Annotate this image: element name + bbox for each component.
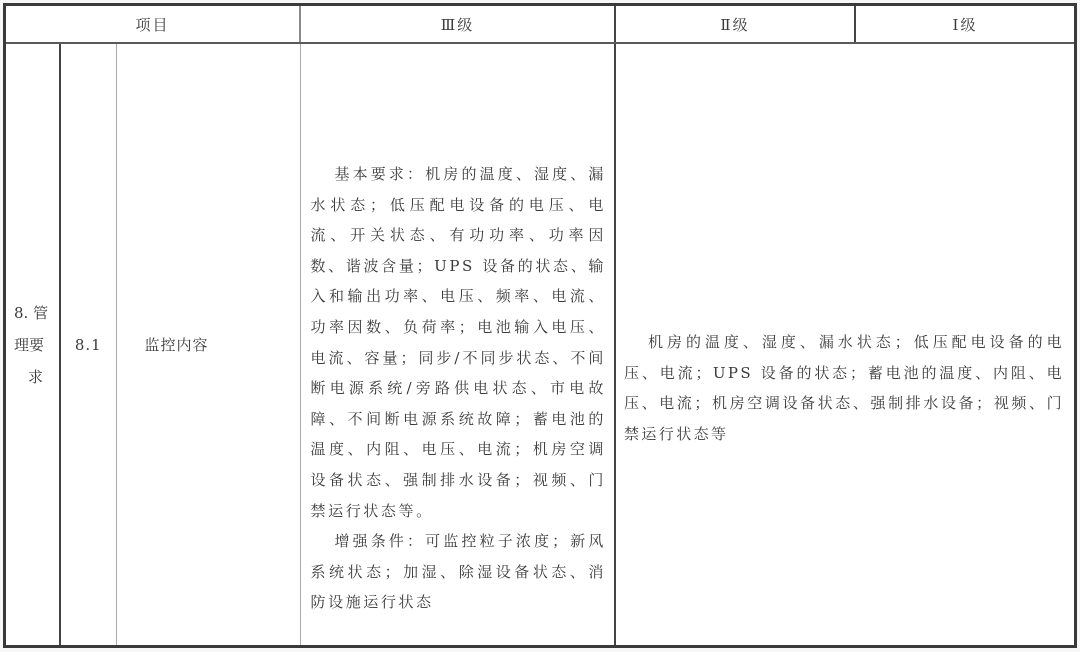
level3-basic-requirements: 基本要求：机房的温度、湿度、漏水状态；低压配电设备的电压、电流、开关状态、有功功…	[311, 159, 607, 526]
header-item: 项目	[6, 6, 300, 43]
category-cell: 8. 管 理要 求	[6, 43, 60, 645]
level2-level1-requirements: 机房的温度、湿度、漏水状态；低压配电设备的电压、电流；UPS 设备的状态；蓄电池…	[624, 327, 1064, 449]
level3-enhanced-conditions: 增强条件：可监控粒子浓度；新风系统状态；加湿、除湿设备状态、消防设施运行状态	[311, 526, 607, 618]
header-level1-label: Ⅰ级	[953, 14, 978, 35]
section-number: 8.1	[75, 336, 102, 354]
table-row: 8. 管 理要 求 8.1 监控内容 基本要求：机房的温度、湿度、漏水状态；低压…	[6, 43, 1074, 645]
header-level3-label: Ⅲ级	[441, 14, 474, 35]
level2-level1-cell: 机房的温度、湿度、漏水状态；低压配电设备的电压、电流；UPS 设备的状态；蓄电池…	[615, 43, 1074, 645]
section-number-cell: 8.1	[60, 43, 116, 645]
requirements-table: 项目 Ⅲ级 Ⅱ级 Ⅰ级 8. 管 理要 求	[6, 6, 1074, 645]
level3-cell: 基本要求：机房的温度、湿度、漏水状态；低压配电设备的电压、电流、开关状态、有功功…	[300, 43, 615, 645]
requirements-table-container: 项目 Ⅲ级 Ⅱ级 Ⅰ级 8. 管 理要 求	[3, 3, 1077, 648]
header-item-label: 项目	[135, 14, 169, 35]
category-line: 求	[14, 361, 53, 393]
header-level3: Ⅲ级	[300, 6, 615, 43]
header-level2: Ⅱ级	[615, 6, 855, 43]
header-level1: Ⅰ级	[855, 6, 1074, 43]
item-name-cell: 监控内容	[116, 43, 300, 645]
item-name: 监控内容	[145, 336, 209, 354]
header-row: 项目 Ⅲ级 Ⅱ级 Ⅰ级	[6, 6, 1074, 43]
header-level2-label: Ⅱ级	[720, 14, 749, 35]
category-line: 理要	[14, 329, 53, 361]
category-line: 8. 管	[14, 297, 53, 329]
